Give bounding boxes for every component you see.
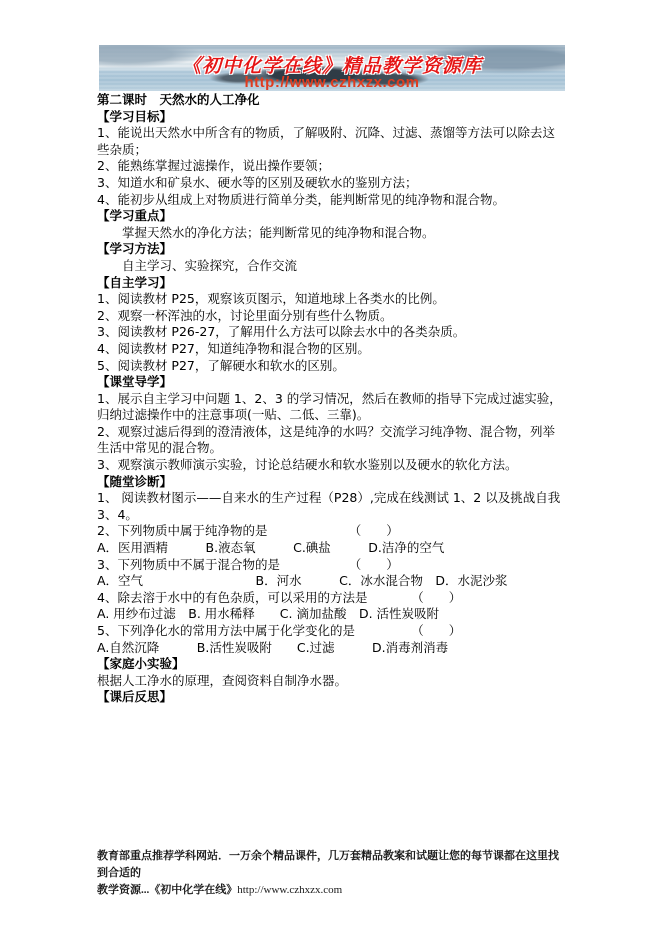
quiz-line: A.自然沉降 B.活性炭吸附 C.过滤 D.消毒剂消毒	[97, 640, 567, 657]
self-study-item: 4、阅读教材 P27，知道纯净物和混合物的区别。	[97, 341, 567, 358]
footer-promo-line2: 教学资源...《初中化学在线》	[97, 884, 237, 896]
objective-item: 2、能熟练掌握过滤操作，说出操作要领；	[97, 158, 567, 175]
objective-item: 4、能初步从组成上对物质进行简单分类，能判断常见的纯净物和混合物。	[97, 192, 567, 209]
self-study-item: 2、观察一杯浑浊的水，讨论里面分别有些什么物质。	[97, 308, 567, 325]
quiz-line: 2、下列物质中属于纯净物的是 （ ）	[97, 523, 567, 540]
section-heading-self-study: 【自主学习】	[97, 275, 567, 292]
classroom-guide-item: 3、观察演示教师演示实验，讨论总结硬水和软水鉴别以及硬水的软化方法。	[97, 457, 567, 474]
self-study-item: 1、阅读教材 P25，观察该页图示，知道地球上各类水的比例。	[97, 291, 567, 308]
quiz-line: 4、除去溶于水中的有色杂质，可以采用的方法是 （ ）	[97, 590, 567, 607]
banner-site-url: http://www.czhxzx.com	[99, 74, 565, 91]
method-item: 自主学习、实验探究，合作交流	[97, 258, 567, 275]
page-footer: 教育部重点推荐学科网站．一万余个精品课件，几万套精品教案和试题让您的每节课都在这…	[97, 848, 569, 899]
doc-title: 第二课时 天然水的人工净化	[97, 92, 567, 109]
objective-item: 1、能说出天然水中所含有的物质，了解吸附、沉降、过滤、蒸馏等方法可以除去这些杂质…	[97, 125, 567, 158]
quiz-line: A．空气 B．河水 C．冰水混合物 D．水泥沙浆	[97, 573, 567, 590]
document-body: 第二课时 天然水的人工净化 【学习目标】 1、能说出天然水中所含有的物质，了解吸…	[97, 92, 567, 706]
objective-item: 3、知道水和矿泉水、硬水等的区别及硬软水的鉴别方法；	[97, 175, 567, 192]
classroom-guide-item: 1、展示自主学习中问题 1、2、3 的学习情况，然后在教师的指导下完成过滤实验，…	[97, 391, 567, 424]
quiz-line: A．医用酒精 B.液态氧 C.碘盐 D.洁净的空气	[97, 540, 567, 557]
quiz-line: 1、 阅读教材图示——自来水的生产过程（P28）,完成在线测试 1、2 以及挑战…	[97, 490, 567, 523]
quiz-line: 5、下列净化水的常用方法中属于化学变化的是 （ ）	[97, 623, 567, 640]
section-heading-quiz: 【随堂诊断】	[97, 474, 567, 491]
section-heading-key-points: 【学习重点】	[97, 208, 567, 225]
quiz-line: A. 用纱布过滤 B. 用水稀释 C. 滴加盐酸 D. 活性炭吸附	[97, 606, 567, 623]
classroom-guide-item: 2、观察过滤后得到的澄清液体，这是纯净的水吗？交流学习纯净物、混合物，列举生活中…	[97, 424, 567, 457]
quiz-line: 3、下列物质中不属于混合物的是 （ ）	[97, 557, 567, 574]
section-heading-classroom-guide: 【课堂导学】	[97, 374, 567, 391]
header-banner-image: 《初中化学在线》精品教学资源库 http://www.czhxzx.com	[99, 45, 565, 91]
section-heading-methods: 【学习方法】	[97, 241, 567, 258]
home-experiment-item: 根据人工净水的原理，查阅资料自制净水器。	[97, 673, 567, 690]
section-heading-reflection: 【课后反思】	[97, 689, 567, 706]
self-study-item: 3、阅读教材 P26-27，了解用什么方法可以除去水中的各类杂质。	[97, 324, 567, 341]
footer-promo-line1: 教育部重点推荐学科网站．一万余个精品课件，几万套精品教案和试题让您的每节课都在这…	[97, 848, 569, 882]
section-heading-objectives: 【学习目标】	[97, 109, 567, 126]
key-point-item: 掌握天然水的净化方法；能判断常见的纯净物和混合物。	[97, 225, 567, 242]
self-study-item: 5、阅读教材 P27，了解硬水和软水的区别。	[97, 358, 567, 375]
section-heading-home-experiment: 【家庭小实验】	[97, 656, 567, 673]
footer-site-link[interactable]: http://www.czhxzx.com	[237, 884, 342, 896]
